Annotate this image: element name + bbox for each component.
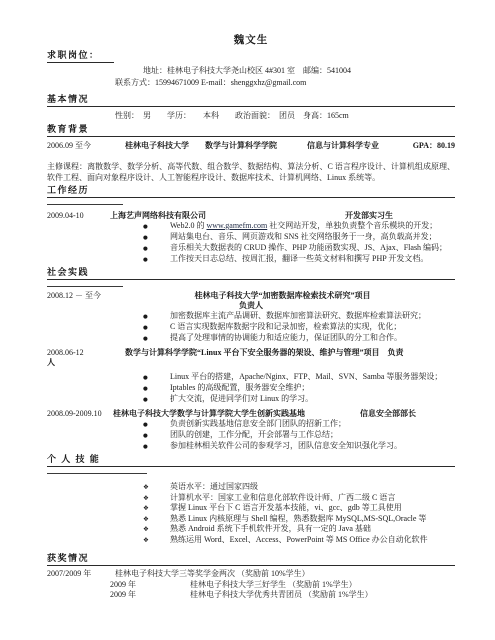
- divider-line: [47, 286, 123, 287]
- award-1-text: 桂林电子科技大学三等奖学金两次 （奖励前 10%学生）: [115, 569, 310, 580]
- award-2-text: 桂林电子科技大学三好学生 （奖励前 1%学生）: [190, 580, 357, 591]
- project-1-bullet-2: ● C 语言实现数据库数据字段和记录加密，检索算法的实现，优化；: [47, 322, 455, 333]
- award-3-year: 2009 年: [110, 590, 190, 601]
- awards-heading: 获奖情况: [47, 553, 455, 566]
- skill-item-6-text: 熟练运用 Word、Excel、Access、PowerPoint 等 MS O…: [170, 535, 455, 546]
- contact-block: 地址：桂林电子科技大学尧山校区 4#301 室 邮编：541004 联系方式：1…: [47, 66, 455, 88]
- project-3-bullet-2: ● 团队的创建，工作分配，开会部署与工作总结；: [47, 430, 455, 441]
- project-2-period: 2008.06-12: [47, 348, 125, 358]
- project-2-bullet-2: ● Iptables 的高级配置，服务器安全维护；: [47, 383, 455, 394]
- project-2-bullet-3-text: 扩大交流，促进同学们对 Linux 的学习。: [170, 394, 455, 404]
- basic-info-heading: 基本情况: [47, 94, 455, 107]
- project-1-bullet-3: ● 提高了处理事情的协调能力和适应能力，保证团队的分工和合作。: [47, 333, 455, 344]
- project-3-bullet-3-text: 参加桂林相关软件公司的参观学习，团队信息安全知识强化学习。: [170, 441, 455, 451]
- work-role: 开发部实习生: [345, 211, 455, 221]
- skill-item-3-text: 掌握 Linux 平台下 C 语言开发基本技能，vi、gcc、gdb 等工具使用: [170, 503, 455, 514]
- work-company: 上海艺声网络科技有限公司: [110, 211, 345, 221]
- address-line: 地址：桂林电子科技大学尧山校区 4#301 室 邮编：541004: [143, 66, 455, 76]
- project-1-title: 桂林电子科技大学“加密数据库检索技术研究”项目: [110, 291, 455, 301]
- skill-item-5: ❖ 熟悉 Android 系统下手机软件开发，具有一定的 Java 基础: [47, 524, 455, 535]
- work-bullet-4-text: 工作按天日志总结、按周汇报，翻译一些英文材料和撰写 PHP 开发文档。: [170, 254, 455, 264]
- skill-item-4-text: 熟悉 Linux 内核原理与 Shell 编程，熟悉数据库 MySQL,MS-S…: [170, 514, 455, 525]
- project-2-title-line1: 数学与计算科学学院“Linux 平台下安全服务器的架设、维护与管理”项目 负责: [125, 348, 455, 358]
- work-heading: 工作经历: [47, 185, 455, 198]
- work-bullet-2: ● 网站集电台、音乐、网页游戏和 SNS 社交网络服务于一身，高负载高并发；: [47, 232, 455, 243]
- education-school: 桂林电子科技大学: [125, 141, 189, 151]
- skill-item-1: ❖ 英语水平：通过国家四级: [47, 482, 455, 493]
- project-2-bullet-1-text: Linux 平台的搭建，Apache/Nginx、FTP、Mail、SVN、Sa…: [170, 372, 455, 382]
- project-2-bullet-1: ● Linux 平台的搭建，Apache/Nginx、FTP、Mail、SVN、…: [47, 372, 455, 383]
- project-2-bullet-2-text: Iptables 的高级配置，服务器安全维护；: [170, 383, 455, 393]
- candidate-name: 魏文生: [47, 34, 455, 47]
- bullet-icon: ●: [143, 395, 170, 405]
- education-period: 2006.09 至今: [47, 141, 110, 151]
- project-3-bullet-1-text: 负责创新实践基地信息安全部门团队的招新工作；: [170, 419, 455, 429]
- work-bullet-1: ● Web2.0 的 www.gamefm.com 社交网站开发，单独负责整个音…: [47, 221, 455, 232]
- work-bullet-1-text: Web2.0 的 www.gamefm.com 社交网站开发，单独负责整个音乐模…: [170, 221, 455, 231]
- skill-item-4: ❖ 熟悉 Linux 内核原理与 Shell 编程，熟悉数据库 MySQL,MS…: [47, 514, 455, 525]
- work-bullet-2-text: 网站集电台、音乐、网页游戏和 SNS 社交网络服务于一身，高负载高并发；: [170, 232, 455, 242]
- project-1-period: 2008.12 － 至今: [47, 291, 110, 301]
- project-3-bullet-2-text: 团队的创建，工作分配，开会部署与工作总结；: [170, 430, 455, 440]
- award-2-year: 2009 年: [110, 580, 190, 591]
- skills-heading: 个 人 技 能: [47, 454, 455, 467]
- work-bullet-3-text: 音乐相关大数据表的 CRUD 操作、PHP 功能函数实现、JS、Ajax、Fla…: [170, 243, 455, 253]
- skill-item-5-text: 熟悉 Android 系统下手机软件开发，具有一定的 Java 基础: [170, 524, 455, 535]
- education-major: 信息与计算科学专业: [307, 141, 379, 151]
- bullet-icon: ●: [143, 334, 170, 344]
- diamond-bullet-icon: ❖: [143, 493, 170, 504]
- divider-line: [47, 204, 123, 205]
- award-row-3: 2009 年 桂林电子科技大学优秀共青团员 （奖励前 1%学生）: [47, 590, 455, 601]
- objective-heading: 求职岗位：: [47, 50, 114, 63]
- project-1-bullet-2-text: C 语言实现数据库数据字段和记录加密，检索算法的实现，优化；: [170, 322, 455, 332]
- social-project-1: 2008.12 － 至今 桂林电子科技大学“加密数据库检索技术研究”项目: [47, 291, 455, 301]
- education-courses: 主修课程：离散数学、数学分析、高等代数、组合数学、数据结构、算法分析、C 语言程…: [47, 161, 455, 183]
- work-bullet-3: ● 音乐相关大数据表的 CRUD 操作、PHP 功能函数实现、JS、Ajax、F…: [47, 243, 455, 254]
- bullet-icon: ●: [143, 420, 170, 430]
- social-project-3: 2008.09-2009.10 桂林电子科技大学数学与计算学院大学生创新实践基地…: [47, 409, 455, 419]
- skill-item-3: ❖ 掌握 Linux 平台下 C 语言开发基本技能，vi、gcc、gdb 等工具…: [47, 503, 455, 514]
- work-bullet-4: ● 工作按天日志总结、按周汇报，翻译一些英文材料和撰写 PHP 开发文档。: [47, 254, 455, 265]
- work-bullet-1-suffix: 社交网站开发，单独负责整个音乐模块的开发；: [267, 221, 437, 230]
- skill-item-6: ❖ 熟练运用 Word、Excel、Access、PowerPoint 等 MS…: [47, 535, 455, 546]
- award-row-1: 2007/2009 年 桂林电子科技大学三等奖学金两次 （奖励前 10%学生）: [47, 569, 455, 580]
- diamond-bullet-icon: ❖: [143, 503, 170, 514]
- project-2-title-line2: 人: [47, 358, 455, 368]
- bullet-icon: ●: [143, 431, 170, 441]
- education-heading: 教育背景: [47, 124, 455, 137]
- education-entry: 2006.09 至今 桂林电子科技大学 数学与计算科学学院 信息与计算科学专业 …: [47, 141, 455, 151]
- bullet-icon: ●: [143, 312, 170, 322]
- diamond-bullet-icon: ❖: [143, 482, 170, 493]
- social-heading: 社会实践: [47, 267, 455, 280]
- section-objective: 求职岗位：: [47, 50, 455, 63]
- award-row-2: 2009 年 桂林电子科技大学三好学生 （奖励前 1%学生）: [47, 580, 455, 591]
- awards-list: 2007/2009 年 桂林电子科技大学三等奖学金两次 （奖励前 10%学生） …: [47, 569, 455, 601]
- bullet-icon: ●: [143, 222, 170, 232]
- bullet-icon: ●: [143, 244, 170, 254]
- basic-info-detail: 性别： 男 学历： 本科 政治面貌： 团员 身高：165cm: [115, 111, 455, 121]
- bullet-icon: ●: [143, 323, 170, 333]
- resume-page: 魏文生 求职岗位： 地址：桂林电子科技大学尧山校区 4#301 室 邮编：541…: [0, 0, 495, 640]
- education-gpa: GPA：80.19: [413, 141, 455, 151]
- project-3-bullet-3: ● 参加桂林相关软件公司的参观学习，团队信息安全知识强化学习。: [47, 441, 455, 452]
- work-bullet-1-prefix: Web2.0 的: [170, 221, 206, 230]
- diamond-bullet-icon: ❖: [143, 524, 170, 535]
- skill-item-1-text: 英语水平：通过国家四级: [170, 482, 455, 493]
- skill-item-2: ❖ 计算机水平：国家工业和信息化部软件设计师、广西二级 C 语言: [47, 493, 455, 504]
- skills-list: ❖ 英语水平：通过国家四级 ❖ 计算机水平：国家工业和信息化部软件设计师、广西二…: [47, 482, 455, 545]
- contact-line: 联系方式：15994671009 E-mail：shenggxhz@gmail.…: [115, 78, 455, 88]
- bullet-icon: ●: [143, 233, 170, 243]
- award-1-year: 2007/2009 年: [47, 569, 115, 580]
- project-2-bullet-3: ● 扩大交流，促进同学们对 Linux 的学习。: [47, 394, 455, 405]
- bullet-icon: ●: [143, 373, 170, 383]
- bullet-icon: ●: [143, 255, 170, 265]
- education-college: 数学与计算科学学院: [205, 141, 277, 151]
- project-1-bullet-3-text: 提高了处理事情的协调能力和适应能力，保证团队的分工和合作。: [170, 333, 455, 343]
- project-1-role: 负责人: [47, 301, 455, 311]
- work-period: 2009.04-10: [47, 211, 110, 221]
- skill-item-2-text: 计算机水平：国家工业和信息化部软件设计师、广西二级 C 语言: [170, 493, 455, 504]
- diamond-bullet-icon: ❖: [143, 535, 170, 546]
- award-3-text: 桂林电子科技大学优秀共青团员 （奖励前 1%学生）: [190, 590, 373, 601]
- project-3-bullet-1: ● 负责创新实践基地信息安全部门团队的招新工作；: [47, 419, 455, 430]
- project-3-title: 桂林电子科技大学数学与计算学院大学生创新实践基地: [113, 409, 360, 419]
- diamond-bullet-icon: ❖: [143, 514, 170, 525]
- social-project-2: 2008.06-12 数学与计算科学学院“Linux 平台下安全服务器的架设、维…: [47, 348, 455, 358]
- project-1-bullet-1-text: 加密数据库主流产品调研、数据库加密算法研究、数据库检索算法研究；: [170, 311, 455, 321]
- project-3-period: 2008.09-2009.10: [47, 409, 113, 419]
- work-entry: 2009.04-10 上海艺声网络科技有限公司 开发部实习生: [47, 211, 455, 221]
- project-1-bullet-1: ● 加密数据库主流产品调研、数据库加密算法研究、数据库检索算法研究；: [47, 311, 455, 322]
- bullet-icon: ●: [143, 384, 170, 394]
- gamefm-link[interactable]: www.gamefm.com: [206, 221, 267, 230]
- divider-line: [47, 473, 147, 474]
- project-3-role: 信息安全部部长: [360, 409, 455, 419]
- bullet-icon: ●: [143, 442, 170, 452]
